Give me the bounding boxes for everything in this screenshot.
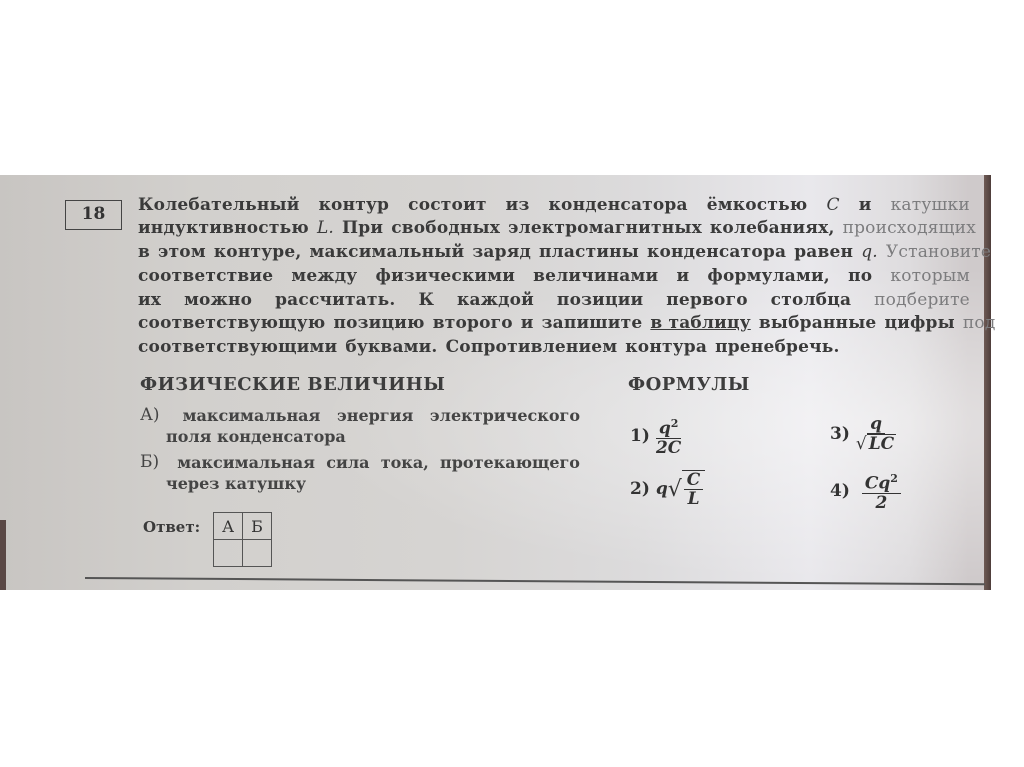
task-text-line: соответствующимибуквами.Сопротивлениемко… (138, 337, 978, 357)
task-word: их (138, 290, 161, 310)
quantity-line2: поля конденсатора (140, 426, 580, 447)
quantity-word: максимальная (177, 452, 315, 473)
formula-prefix: q (656, 479, 668, 499)
exponent: 2 (890, 472, 898, 485)
quantity-word: электрического (430, 405, 580, 426)
quantity-word: максимальная (183, 405, 321, 426)
task-word: Колебательный (138, 195, 300, 215)
quantity-word: протекающего (440, 452, 580, 473)
task-word: каждой (457, 290, 534, 310)
quantity-item-a: А) максимальная энергия электрического п… (140, 405, 580, 447)
task-word: позиции (557, 290, 643, 310)
numerator: q (659, 419, 671, 439)
task-text-line: соответствиемеждуфизическимивеличинамииф… (138, 266, 978, 286)
task-word: под (963, 313, 996, 333)
task-word: которым (890, 266, 970, 286)
task-word: цифры (884, 313, 954, 333)
task-number-box: 18 (65, 200, 122, 230)
task-word: колебаниях, (710, 218, 835, 238)
task-word: первого (666, 290, 747, 310)
task-word: C (826, 195, 839, 215)
quantity-word: тока, (381, 452, 429, 473)
task-word: между (291, 266, 357, 286)
denominator: LC (867, 434, 896, 453)
quantity-label: Б) (140, 452, 166, 473)
task-word: и (521, 313, 534, 333)
formula-label: 3) (830, 424, 850, 444)
numerator: Cq (865, 474, 890, 494)
formula-label: 4) (830, 481, 850, 501)
task-word: соответствующую (138, 313, 325, 333)
quantity-item-b: Б) максимальная сила тока, протекающего … (140, 452, 580, 494)
quantity-word: сила (326, 452, 369, 473)
task-text-line: вэтомконтуре,максимальныйзарядпластиныко… (138, 242, 978, 262)
task-text-line: соответствующуюпозициювторогоизапишитев … (138, 313, 978, 333)
task-text-line: ихможнорассчитать.Ккаждойпозициипервогос… (138, 290, 978, 310)
formula-label: 2) (630, 479, 650, 499)
sqrt-icon: √ CL (668, 470, 706, 508)
denominator: 2C (656, 439, 681, 457)
task-word: из (506, 195, 530, 215)
task-word: свободных (391, 218, 500, 238)
task-word: равен (794, 242, 853, 262)
task-word: ёмкостью (707, 195, 808, 215)
quantity-label: А) (140, 405, 166, 426)
page-fold-shadow (984, 175, 991, 590)
task-word: этом (158, 242, 206, 262)
page-edge-shadow (0, 520, 6, 590)
formulas-heading: ФОРМУЛЫ (628, 374, 750, 395)
task-word: заряд (472, 242, 531, 262)
task-word: запишите (542, 313, 643, 333)
task-word: происходящих (843, 218, 976, 238)
task-word: второго (433, 313, 513, 333)
task-word: L. (317, 218, 334, 238)
answer-table: А Б (213, 512, 272, 567)
task-word: К (418, 290, 434, 310)
exponent: 2 (671, 417, 679, 430)
fraction: q2 2C (656, 415, 682, 457)
task-word: Установите (886, 242, 991, 262)
task-word: можно (184, 290, 252, 310)
formula-1: 1) q2 2C (630, 415, 681, 457)
quantities-heading: ФИЗИЧЕСКИЕ ВЕЛИЧИНЫ (140, 374, 445, 395)
task-word: пренебречь. (715, 337, 840, 357)
task-word: При (342, 218, 383, 238)
task-word: электромагнитных (508, 218, 702, 238)
quantity-line2: через катушку (140, 473, 580, 494)
task-word: контуре, (214, 242, 302, 262)
task-word: q. (861, 242, 878, 262)
task-word: рассчитать. (275, 290, 395, 310)
task-word: и (859, 195, 872, 215)
task-word: соответствие (138, 266, 273, 286)
formula-3: 3) q √LC (830, 415, 896, 453)
task-word: конденсатора (549, 195, 688, 215)
numerator: q (867, 415, 885, 434)
task-word: Сопротивлением (446, 337, 618, 357)
answer-header-b: Б (243, 513, 272, 540)
answer-cell-b[interactable] (243, 540, 272, 567)
answer-cell-a[interactable] (214, 540, 243, 567)
task-word: и (676, 266, 689, 286)
task-word: состоит (408, 195, 486, 215)
task-word: пластины (539, 242, 639, 262)
denominator: 2 (875, 494, 887, 512)
task-word: столбца (771, 290, 852, 310)
sqrt-icon: √LC (856, 434, 896, 453)
task-word: соответствующими (138, 337, 337, 357)
task-word: контура (625, 337, 707, 357)
task-word: индуктивностью (138, 218, 309, 238)
task-word: подберите (874, 290, 970, 310)
task-word: катушки (891, 195, 970, 215)
formula-2: 2) q √ CL (630, 470, 705, 508)
task-word: конденсатора (647, 242, 786, 262)
task-text-line: Колебательныйконтурсостоитизконденсатора… (138, 195, 978, 215)
task-word: по (848, 266, 872, 286)
fraction: q √LC (856, 415, 896, 453)
numerator: C (684, 471, 704, 490)
task-word: формулами, (707, 266, 830, 286)
fraction: Cq2 2 (862, 470, 901, 512)
formula-label: 1) (630, 426, 650, 446)
denominator: L (688, 490, 700, 508)
task-word: в таблицу (650, 313, 750, 333)
task-word: позицию (333, 313, 424, 333)
task-word: величинами (533, 266, 658, 286)
quantity-word: энергия (337, 405, 413, 426)
task-word: в (138, 242, 150, 262)
task-word: выбранные (759, 313, 877, 333)
task-word: контур (319, 195, 390, 215)
task-word: максимальный (310, 242, 465, 262)
answer-label: Ответ: (143, 518, 200, 536)
task-word: физическими (376, 266, 515, 286)
task-text-line: индуктивностьюL.Присвободныхэлектромагни… (138, 218, 978, 238)
answer-header-a: А (214, 513, 243, 540)
task-word: буквами. (345, 337, 437, 357)
formula-4: 4) Cq2 2 (830, 470, 901, 512)
